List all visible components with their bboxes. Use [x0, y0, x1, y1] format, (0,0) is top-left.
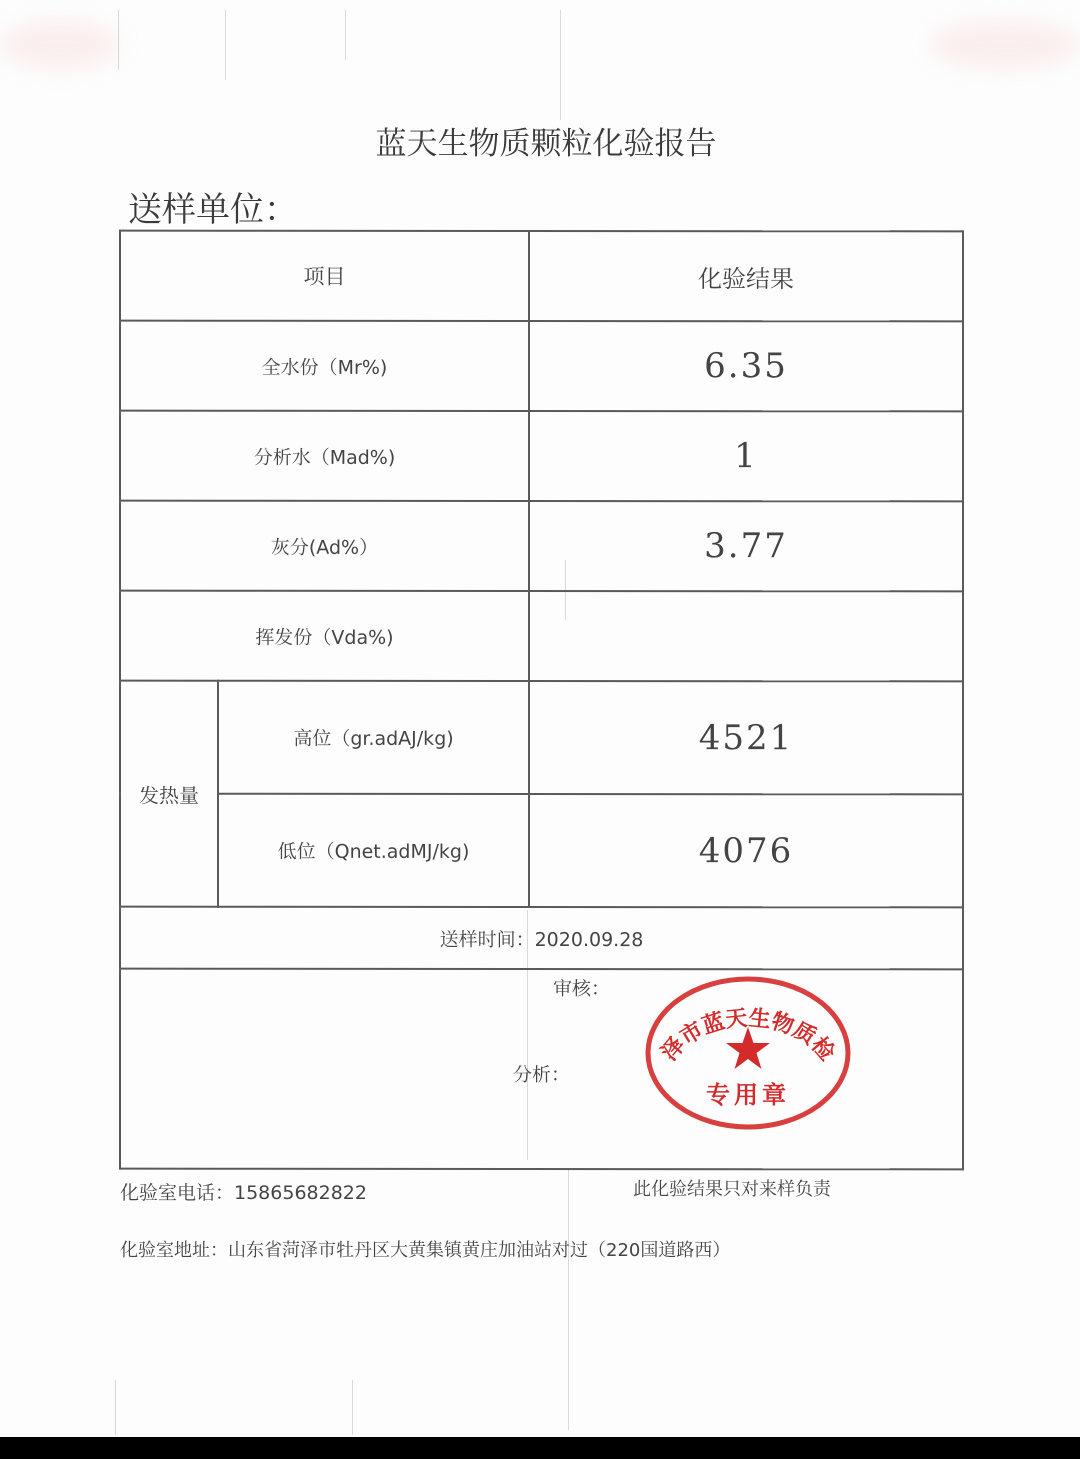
scanned-page: 蓝天生物质颗粒化验报告 送样单位： 项目 化验结果 全水份（Mr%) 6.35 …: [0, 0, 1080, 1437]
sample-time: 送样时间：2020.09.28: [120, 907, 963, 970]
disclaimer: 此化验结果只对来样负责: [633, 1175, 831, 1201]
sender-unit-label: 送样单位：: [128, 182, 298, 231]
header-result: 化验结果: [529, 231, 963, 321]
stamp-purpose-text: 专用章: [706, 1081, 790, 1109]
table-row: 低位（Qnet.adMJ/kg) 4076: [120, 794, 963, 908]
screen-bottom-bar: [0, 1437, 1080, 1459]
table-row: 发热量 高位（gr.adAJ/kg) 4521: [120, 681, 963, 795]
item-volatile: 挥发份（Vda%): [120, 591, 529, 681]
result-gross-calorific: 4521: [529, 681, 963, 794]
scan-mark: [115, 1380, 116, 1435]
analysis-label: 分析：: [513, 1059, 570, 1086]
sample-time-row: 送样时间：2020.09.28: [120, 907, 963, 970]
result-analysis-moisture: 1: [529, 411, 963, 501]
item-ash: 灰分(Ad%）: [120, 501, 529, 591]
review-label: 审核：: [553, 974, 610, 1001]
heat-group-label: 发热量: [120, 681, 218, 907]
lab-address: 化验室地址：山东省菏泽市牡丹区大黄集镇黄庄加油站对过（220国道路西）: [120, 1236, 730, 1262]
item-total-moisture: 全水份（Mr%): [120, 321, 529, 411]
item-net-calorific: 低位（Qnet.adMJ/kg): [218, 794, 529, 907]
item-analysis-moisture: 分析水（Mad%): [120, 411, 529, 501]
scan-mark: [345, 10, 346, 60]
table-row: 灰分(Ad%） 3.77: [120, 501, 963, 592]
header-item: 项目: [120, 231, 529, 321]
star-icon: [726, 1027, 770, 1069]
table-row: 分析水（Mad%) 1: [120, 411, 963, 502]
scan-mark: [118, 10, 119, 70]
result-ash: 3.77: [529, 501, 963, 591]
scan-blemish: [930, 20, 1080, 70]
scan-mark: [352, 1380, 353, 1435]
table-header-row: 项目 化验结果: [120, 231, 963, 322]
result-volatile: [529, 591, 963, 681]
result-net-calorific: 4076: [529, 794, 963, 907]
table-row: 全水份（Mr%) 6.35: [120, 321, 963, 412]
lab-phone: 化验室电话：15865682822: [120, 1178, 367, 1205]
item-gross-calorific: 高位（gr.adAJ/kg): [218, 681, 529, 794]
table-row: 挥发份（Vda%): [120, 591, 963, 682]
official-seal-stamp: 菏泽市蓝天生物质检测 专用章: [644, 975, 852, 1131]
scan-mark: [225, 10, 226, 80]
scan-mark: [560, 10, 561, 120]
scan-mark: [568, 1170, 569, 1430]
scan-blemish: [0, 20, 120, 70]
result-total-moisture: 6.35: [529, 321, 963, 411]
report-title: 蓝天生物质颗粒化验报告: [0, 118, 1080, 163]
